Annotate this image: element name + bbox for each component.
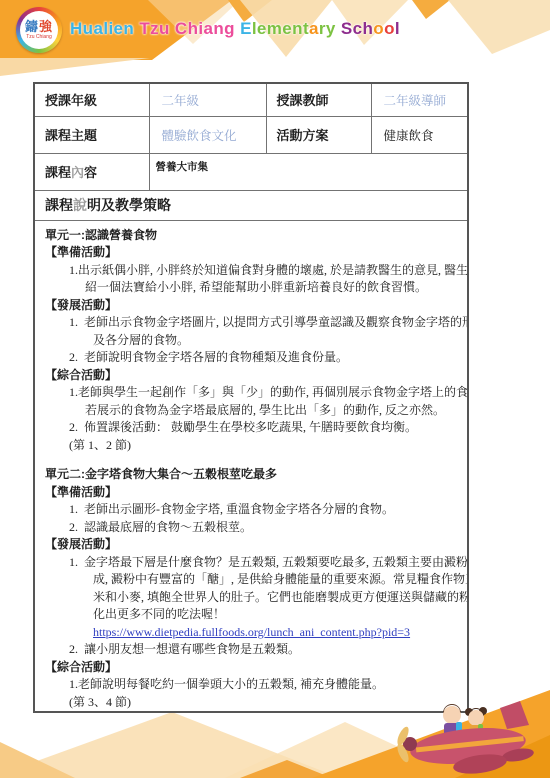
resource-link[interactable]: https://www.dietpedia.fullfoods.org/lunc… [93,625,410,639]
course-content-value: 營養大市集 [149,153,468,190]
content-line: 2. 老師說明食物金字塔各層的食物種類及進食份量。 [45,349,463,367]
wordmark-segment: l [395,19,400,38]
theme-value: 體驗飲食文化 [149,116,266,153]
teacher-label: 授課教師 [266,83,371,116]
wordmark-segment: lement [252,19,309,38]
content-line: 2. 認識最底層的食物～五穀根莖。 [45,519,463,537]
wordmark-segment: a [309,19,319,38]
content-line: 單元一:認識營養食物 [45,227,463,245]
wordmark-segment: Hualien [70,19,134,38]
strategy-section-header: 課程說明及教學策略 [34,190,468,220]
content-line: 【綜合活動】 [45,659,463,677]
content-line: 【發展活動】 [45,536,463,554]
content-line: 1.出示紙偶小胖, 小胖終於知道偏食對身體的壞處, 於是請教醫生的意見, 醫生介 [45,262,463,280]
content-line: 及各分層的食物。 [45,332,463,350]
wordmark-segment: E [240,19,252,38]
content-line: 成, 澱粉中有豐富的「醣」, 是供給身體能量的重要來源。常見糧食作物玉米、稻 [45,571,463,589]
grade-label: 授課年級 [34,83,149,116]
content-line: 1. 金字塔最下層是什麼食物？是五穀類, 五穀類要吃最多, 五穀類主要由澱粉組 [45,554,463,572]
content-line: 1.老師與學生一起創作「多」與「少」的動作, 再個別展示食物金字塔上的食物圖片, [45,384,463,402]
content-line: (第 1、2 節) [45,437,463,455]
text-part: 鑄 [25,19,39,34]
top-banner-decor [0,0,550,78]
content-line: 【綜合活動】 [45,367,463,385]
course-content-label: 課程內容 [34,153,149,190]
content-line: 化出更多不同的吃法喔！ [45,606,463,624]
content-line: 米和小麥, 填飽全世界人的肚子。它們也能磨製成更方便運送與儲藏的粉狀, 變 [45,589,463,607]
content-line: 1.老師說明每餐吃約一個拳頭大小的五穀類, 補充身體能量。 [45,676,463,694]
content-line: 1. 老師出示圖形-食物金字塔, 重溫食物金字塔各分層的食物。 [45,501,463,519]
wordmark-segment: o [373,19,384,38]
content-line: 單元二:金字塔食物大集合～五穀根莖吃最多 [45,466,463,484]
text-part: 課程 [45,197,73,213]
text-part: 內 [71,165,84,180]
content-line: 紹一個法寶給小小胖, 希望能幫助小胖重新培養良好的飲食習慣。 [45,279,463,297]
theme-label: 課程主題 [34,116,149,153]
school-logo-subtext: Tzu Chiang [26,34,52,40]
content-line [45,454,463,466]
text-part: 課程 [45,165,71,180]
content-line: 2. 讓小朋友想一想還有哪些食物是五穀類。 [45,641,463,659]
text-part: 說 [73,197,87,213]
content-line: 【發展活動】 [45,297,463,315]
plan-value: 健康飲食 [371,116,468,153]
wordmark-segment: Sch [341,19,373,38]
resource-link-line: https://www.dietpedia.fullfoods.org/lunc… [45,624,463,642]
school-logo: 鑄強 Tzu Chiang [16,7,62,53]
school-logo-inner: 鑄強 Tzu Chiang [20,11,58,49]
wordmark-segment: Chiang [175,19,235,38]
wordmark-segment: ry [319,19,336,38]
strategy-content-cell: 單元一:認識營養食物【準備活動】1.出示紙偶小胖, 小胖終於知道偏食對身體的壞處… [34,220,468,712]
school-logo-characters: 鑄強 [25,20,53,34]
content-line: 【準備活動】 [45,244,463,262]
grade-value: 二年級 [149,83,266,116]
wordmark-segment: Tzu [139,19,169,38]
lesson-plan-table: 授課年級 二年級 授課教師 二年級導師 課程主題 體驗飲食文化 活動方案 健康飲… [33,82,469,713]
teacher-value: 二年級導師 [371,83,468,116]
content-line: 1. 老師出示食物金字塔圖片, 以提問方式引導學童認識及觀察食物金字塔的形狀 [45,314,463,332]
content-line: 2. 佈置課後活動： 鼓勵學生在學校多吃蔬果, 午膳時要飲食均衡。 [45,419,463,437]
wordmark-segment: o [384,19,395,38]
airplane-illustration [390,698,548,778]
content-line: 若展示的食物為金字塔最底層的, 學生比出「多」的動作, 反之亦然。 [45,402,463,420]
plan-label: 活動方案 [266,116,371,153]
school-wordmark: Hualien Tzu Chiang Elementary School [70,19,400,39]
lesson-plan-page: 鑄強 Tzu Chiang Hualien Tzu Chiang Element… [0,0,550,778]
content-line: 【準備活動】 [45,484,463,502]
text-part: 容 [84,165,97,180]
text-part: 明及教學策略 [87,197,171,213]
text-part: 強 [39,19,53,34]
